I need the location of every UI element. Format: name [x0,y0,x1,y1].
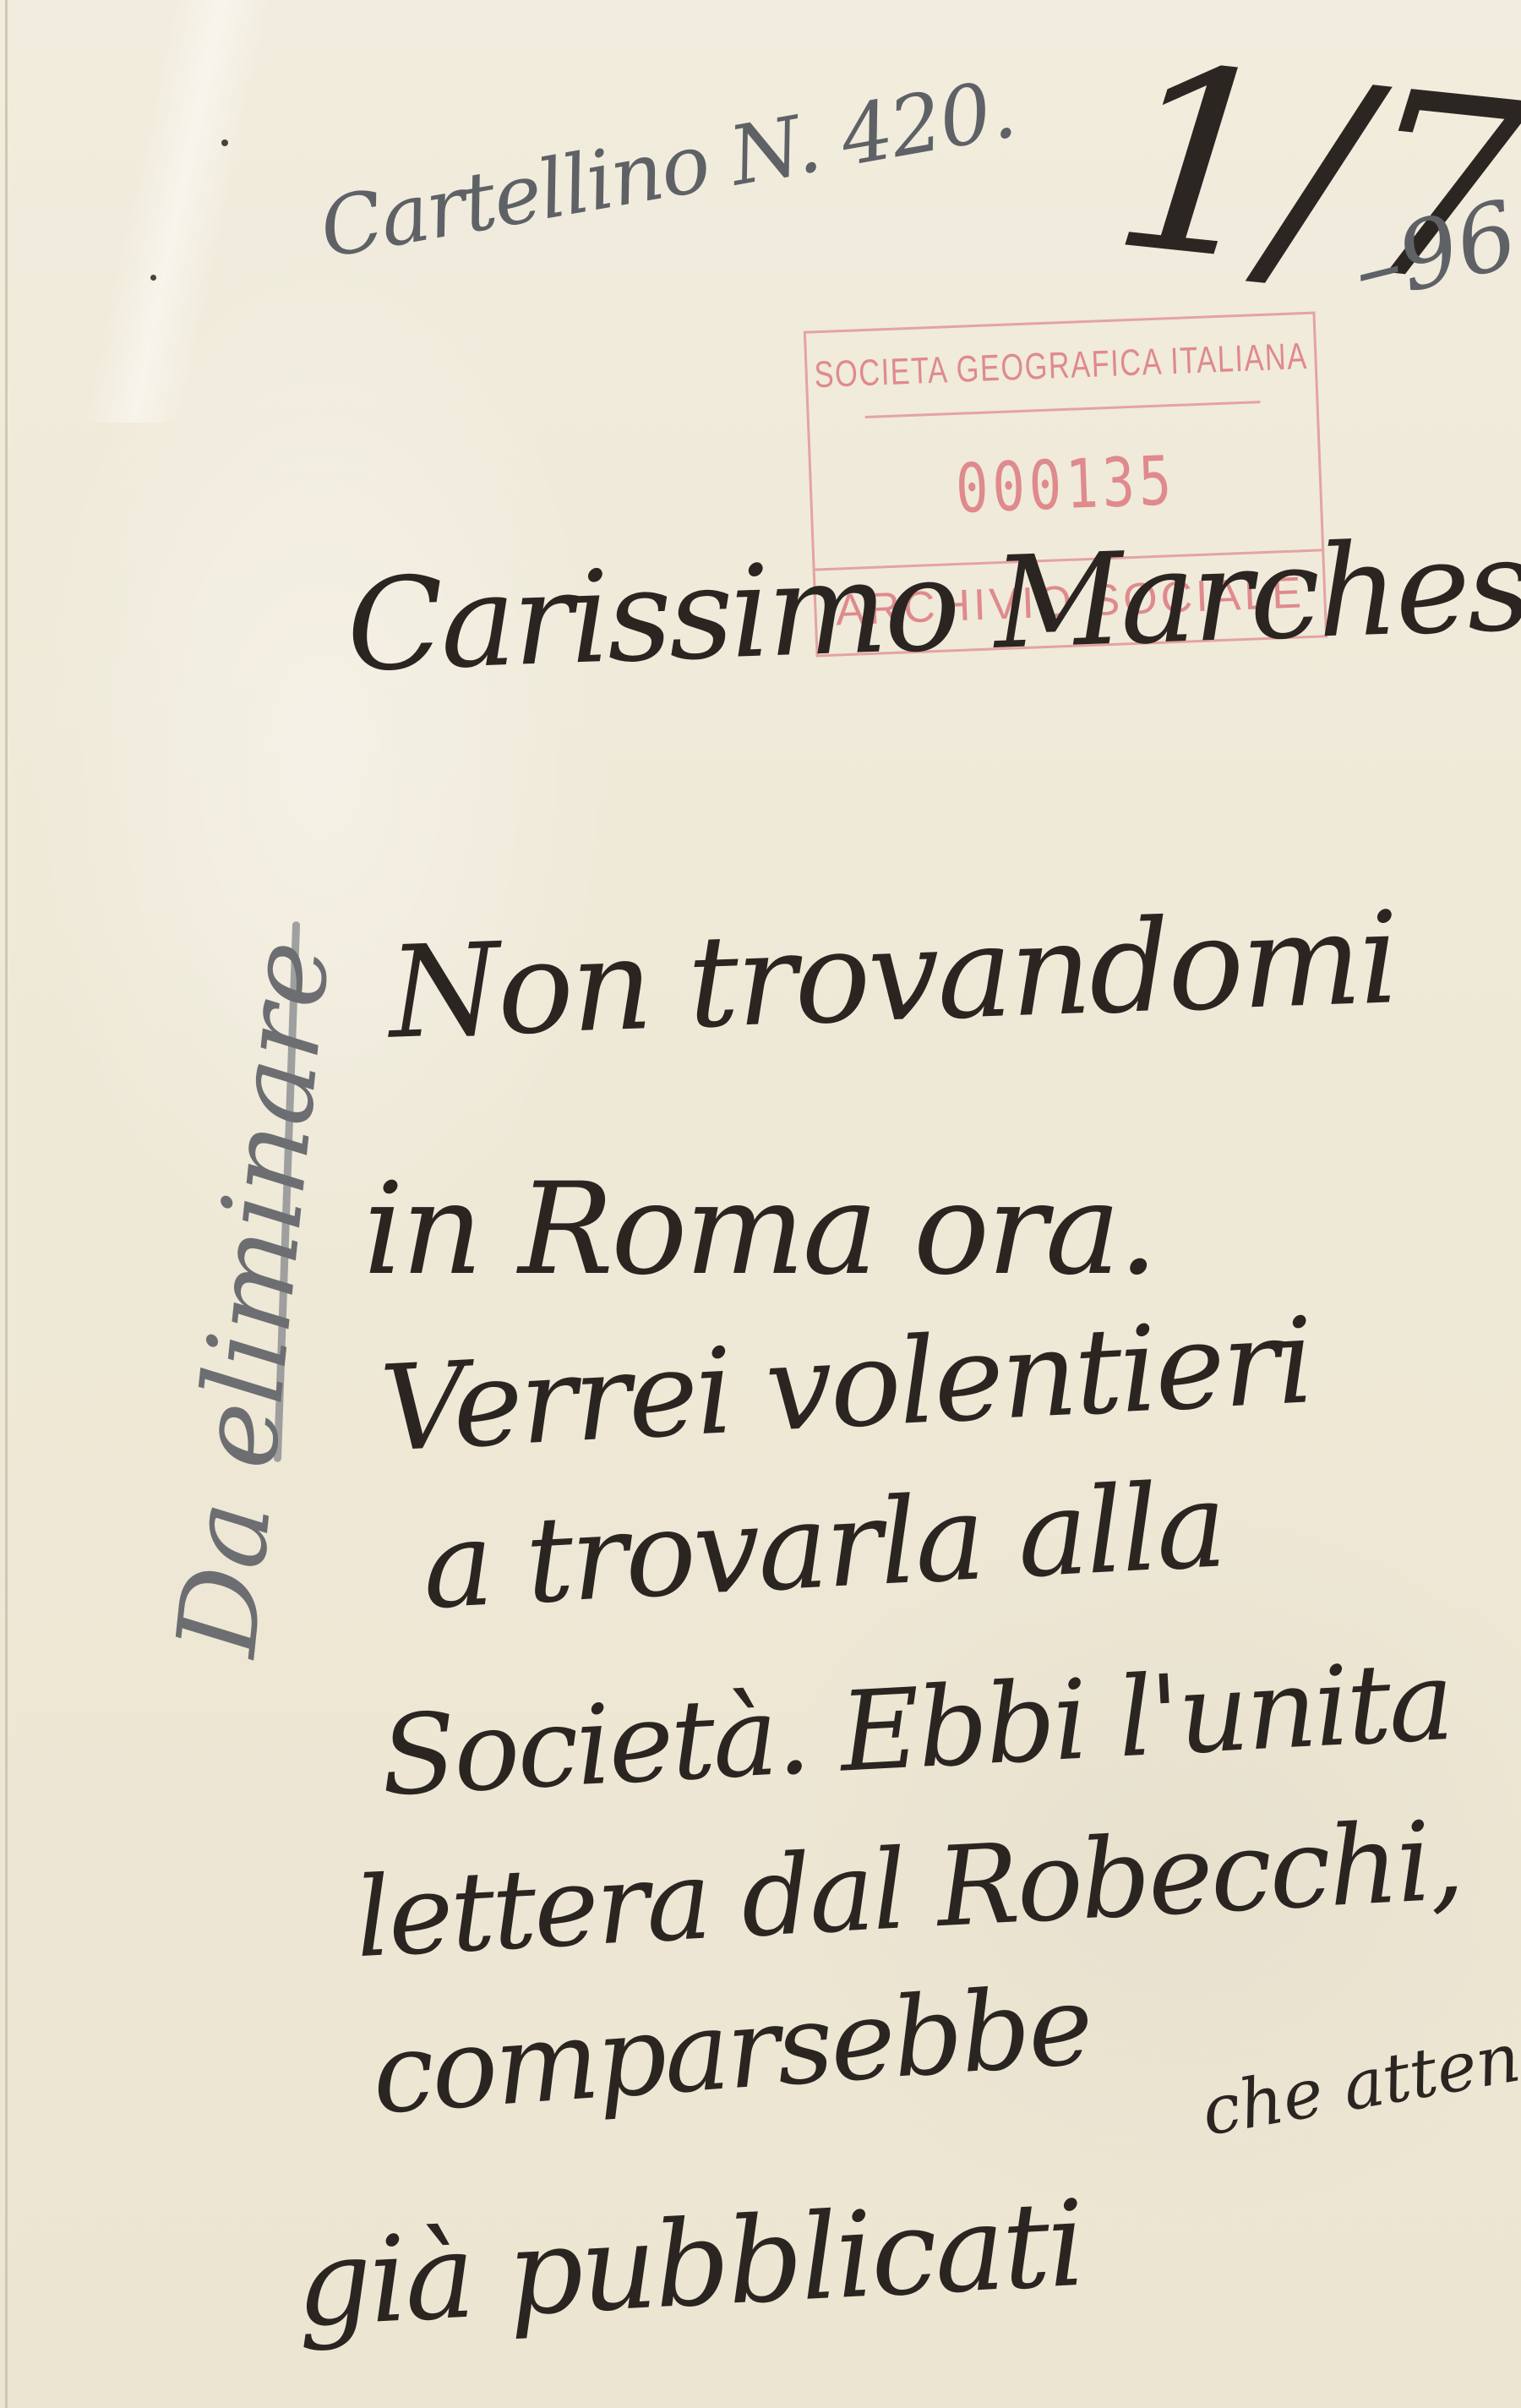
paper-speck [221,139,228,146]
letter-line: in Roma ora. [363,1166,1156,1293]
paper-speck [150,275,156,281]
letter-line: Non trovandomi [387,895,1399,1057]
page-edge [5,0,8,2408]
stamp-society-name: SOCIETA GEOGRAFICA ITALIANA [862,316,1261,418]
